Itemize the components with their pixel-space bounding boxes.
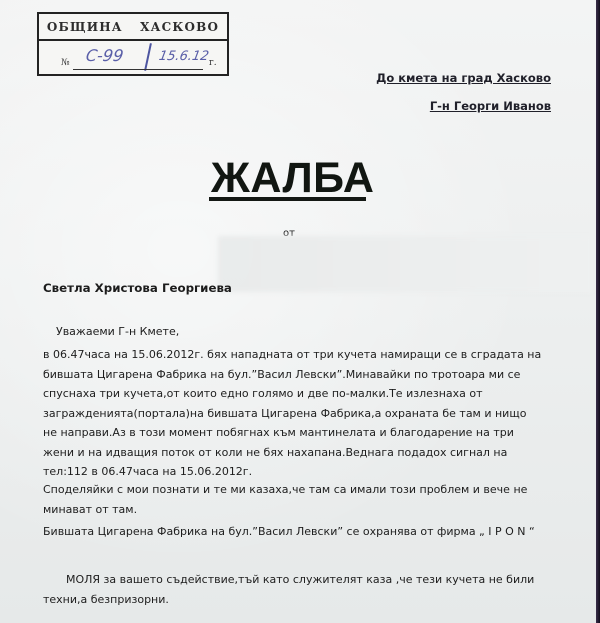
addressee-line-1: До кмета на град Хасково [376,71,551,85]
scanned-document-page: ОБЩИНА ХАСКОВО № С-99 15.6.12 г. До кмет… [0,0,596,623]
stamp-body: № С-99 15.6.12 г. [39,41,227,76]
stamp-date: 15.6.12 [158,49,210,64]
addressee-line-2: Г-н Георги Иванов [430,99,551,113]
title-underline [209,197,366,201]
paragraph-security-firm: Бившата Цигарена Фабрика на бул.”Васил Л… [43,522,543,542]
stamp-underline [73,69,203,70]
greeting: Уважаеми Г-н Кмете, [56,322,556,342]
stamp-registration-number: С-99 [85,46,125,65]
registration-stamp: ОБЩИНА ХАСКОВО № С-99 15.6.12 г. [37,12,229,76]
paragraph-request: МОЛЯ за вашето съдействие,тъй като служи… [43,570,543,609]
stamp-organization: ОБЩИНА ХАСКОВО [39,14,227,41]
sender-name: Светла Христова Георгиева [43,281,232,295]
paragraph-incident: в 06.47часа на 15.06.2012г. бях нападнат… [43,345,543,482]
redacted-blur-area [218,236,593,292]
document-title: ЖАЛБА [211,157,374,200]
stamp-year-suffix: г. [209,58,217,68]
stamp-slash-mark [144,43,152,71]
paragraph-acquaintances: Споделяйки с мои познати и те ми казаха,… [43,480,543,519]
stamp-number-prefix: № [61,58,70,68]
scan-edge-border [596,0,600,623]
